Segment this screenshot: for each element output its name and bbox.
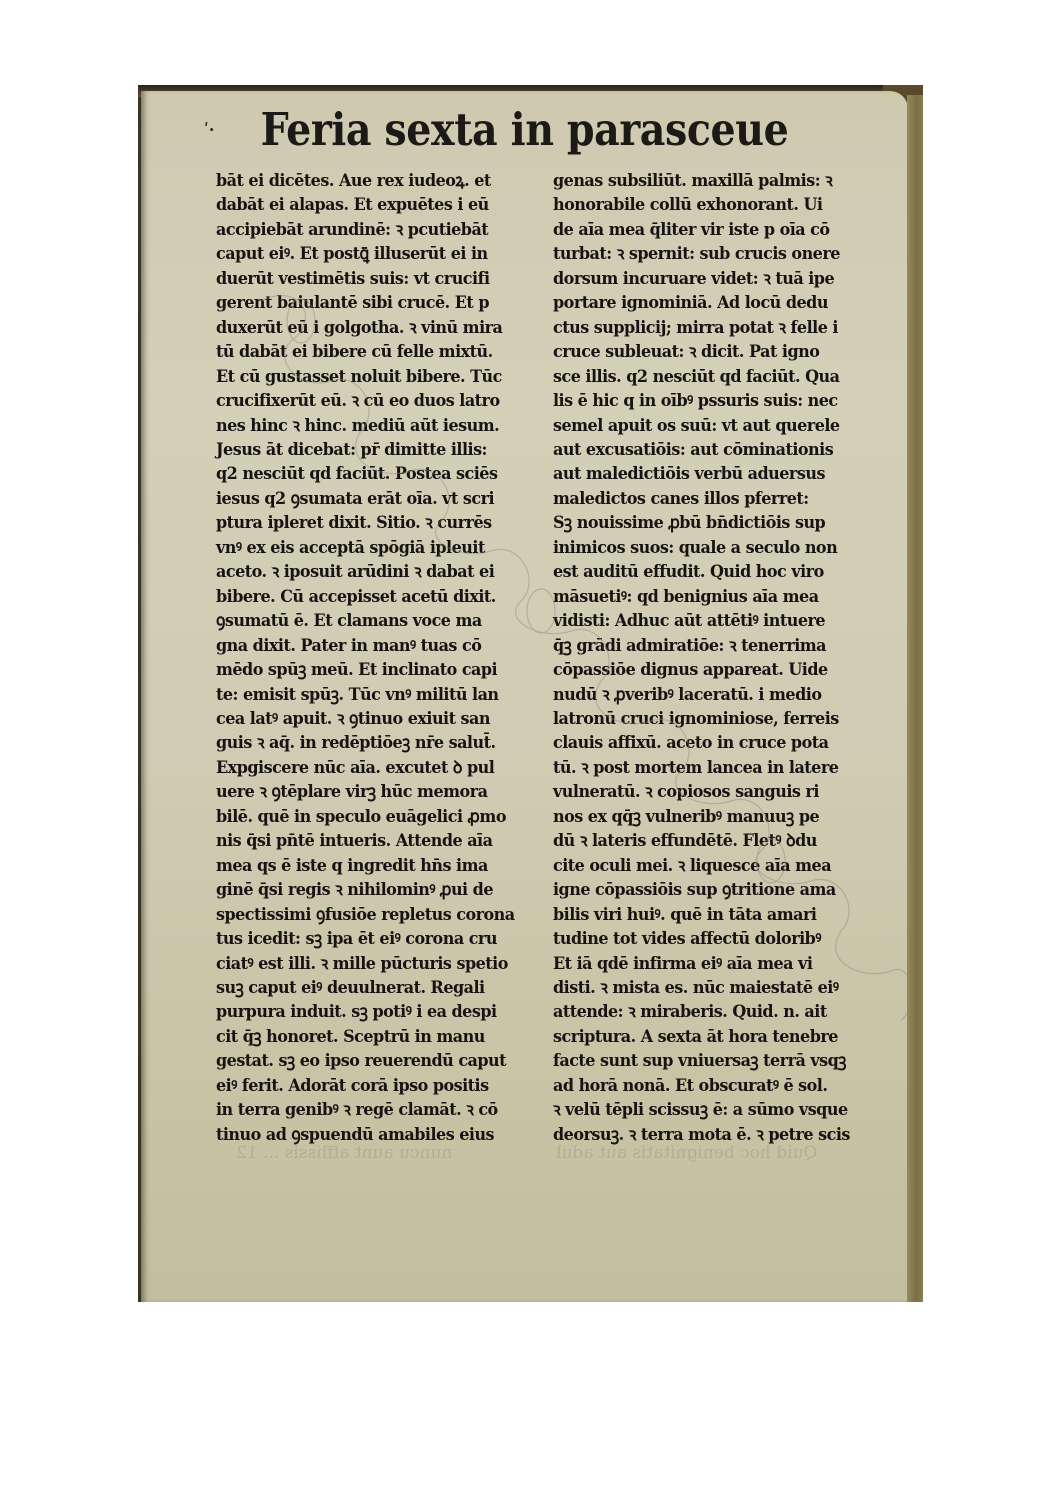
text-line: mēdo spūꝫ meū. Et inclinato capi [216,658,532,682]
text-line: ginē q̄si regis ꝛ nihilominꝰ ꝓui de [216,878,532,902]
text-line: maledictos canes illos pferret: [553,487,869,511]
text-line: caput eiꝰ. Et postꝗ̄ illuserūt ei in [216,242,532,266]
text-line: vnꝰ ex eis acceptā spōgiā ipleuit [216,536,532,560]
text-line: cea latꝰ apuit. ꝛ ꝯtinuo exiuit san [216,707,532,731]
text-line: bilē. quē in speculo euāgelici ꝓmo [216,805,532,829]
text-line: eiꝰ ferit. Adorāt corā ipso positis [216,1074,532,1098]
text-column-right: genas subsiliūt. maxillā palmis: ꝛhonora… [553,169,893,1147]
text-line: tū. ꝛ post mortem lancea in latere [553,756,869,780]
text-line: guis ꝛ aq̄. in redēptiōeꝫ nr̄e salut̄. [216,731,532,755]
text-line: Jesus āt dicebat: pr̄ dimitte illis: [216,438,532,462]
text-line: dabāt ei alapas. Et expuētes i eū [216,193,532,217]
text-line: nes hinc ꝛ hinc. mediū aūt iesum. [216,414,532,438]
text-line: de aīa mea q̄liter vir iste p oīa cō [553,218,869,242]
text-line: gestat. sꝫ eo ipso reuerendū caput [216,1049,532,1073]
text-line: semel apuit os suū: vt aut querele [553,414,869,438]
text-line: cite oculi mei. ꝛ liquesce aīa mea [553,854,869,878]
text-line: facte sunt sup vniuersaꝫ terrā vsqꝫ [553,1049,869,1073]
text-line: vidisti: Adhuc aūt attētiꝰ intuere [553,609,869,633]
paper-page: ʹ· Feria sexta in parasceue bāt ei dicēt… [141,91,908,1302]
text-line: attende: ꝛ miraberis. Quid. n. ait [553,1000,869,1024]
text-line: nudū ꝛ ꝓveribꝰ laceratū. i medio [553,683,869,707]
text-line: tū dabāt ei bibere cū felle mixtū. [216,340,532,364]
text-line: est auditū effudit. Quid hoc viro [553,560,869,584]
text-line: tudine tot vides affectū doloribꝰ [553,927,869,951]
text-line: inimicos suos: quale a seculo non [553,536,869,560]
text-line: scriptura. A sexta āt hora tenebre [553,1025,869,1049]
text-line: cit q̄ꝫ honoret. Sceptrū in manu [216,1025,532,1049]
text-line: te: emisit spūꝫ. Tūc vnꝰ militū lan [216,683,532,707]
text-line: iesus q2 ꝯsumata erāt oīa. vt scri [216,487,532,511]
text-line: bibere. Cū accepisset acetū dixit. [216,585,532,609]
text-line: ad horā nonā. Et obscuratꝰ ē sol. [553,1074,869,1098]
text-line: suꝫ caput eiꝰ deuulnerat. Regali [216,976,532,1000]
text-line: mea qs ē iste q ingredit hn̄s ima [216,854,532,878]
page-scan: ʹ· Feria sexta in parasceue bāt ei dicēt… [138,85,923,1302]
text-line: vulneratū. ꝛ copiosos sanguis ri [553,780,869,804]
text-line: ꝛ velū tēpli scissuꝫ ē: a sūmo vsque [553,1098,869,1122]
text-line: portare ignominiā. Ad locū dedu [553,291,869,315]
text-line: clauis affixū. aceto in cruce pota [553,731,869,755]
text-line: aut excusatiōis: aut cōminationis [553,438,869,462]
page-heading: Feria sexta in parasceue [187,103,862,156]
text-line: sce illis. q2 nesciūt qd faciūt. Qua [553,365,869,389]
text-line: cruce subleuat: ꝛ dicit. Pat igno [553,340,869,364]
text-line: nos ex qq̄ꝫ vulneribꝰ manuuꝫ pe [553,805,869,829]
text-line: q̄ꝫ grādi admiratiōe: ꝛ tenerrima [553,634,869,658]
text-line: nis q̄si pn̄tē intueris. Attende aīa [216,829,532,853]
text-line: turbat: ꝛ spernit: sub crucis onere [553,242,869,266]
text-line: Et iā qdē infirma eiꝰ aīa mea vi [553,952,869,976]
text-line: lis ē hic q in oībꝰ pssuris suis: nec [553,389,869,413]
text-line: tus icedit: sꝫ ipa ēt eiꝰ corona cru [216,927,532,951]
text-line: Et cū gustasset noluit bibere. Tūc [216,365,532,389]
text-line: disti. ꝛ mista es. nūc maiestatē eiꝰ [553,976,869,1000]
text-line: māsuetiꝰ: qd benignius aīa mea [553,585,869,609]
text-line: latronū cruci ignominiose, ferreis [553,707,869,731]
text-line: genas subsiliūt. maxillā palmis: ꝛ [553,169,869,193]
text-line: ctus supplicij; mirra potat ꝛ felle i [553,316,869,340]
text-line: uere ꝛ ꝯtēplare virꝫ hūc memora [216,780,532,804]
text-line: dū ꝛ lateris effundētē. Fletꝰ ꝺdu [553,829,869,853]
text-line: Expgiscere nūc aīa. excutet ꝺ pul [216,756,532,780]
text-line: bilis viri huiꝰ. quē in tāta amari [553,903,869,927]
text-line: ꝯsumatū ē. Et clamans voce ma [216,609,532,633]
text-line: purpura induit. sꝫ potiꝰ i ea despi [216,1000,532,1024]
text-line: honorabile collū exhonorant. Ui [553,193,869,217]
text-line: igne cōpassiōis sup ꝯtritione ama [553,878,869,902]
text-column-left: bāt ei dicētes. Aue rex iudeoꝝ. etdabāt … [216,169,556,1147]
text-line: accipiebāt arundinē: ꝛ pcutiebāt [216,218,532,242]
text-line: in terra genibꝰ ꝛ regē clamāt. ꝛ cō [216,1098,532,1122]
text-line: aut maledictiōis verbū aduersus [553,462,869,486]
show-through-text-right: Quid hoc benignitatis aut adul [556,1143,817,1163]
page-fore-edge [907,95,923,1302]
text-line: q2 nesciūt qd faciūt. Postea sciēs [216,462,532,486]
text-line: bāt ei dicētes. Aue rex iudeoꝝ. et [216,169,532,193]
text-line: dorsum incuruare videt: ꝛ tuā ipe [553,267,869,291]
text-line: duerūt vestimētis suis: vt crucifi [216,267,532,291]
text-line: ciatꝰ est illi. ꝛ mille pūcturis spetio [216,952,532,976]
text-line: gerent baiulantē sibi crucē. Et p [216,291,532,315]
text-line: gna dixit. Pater in manꝰ tuas cō [216,634,532,658]
show-through-text-left: nuncu aunt afflissis ... 12 [236,1143,452,1163]
text-line: spectissimi ꝯfusiōe repletus corona [216,903,532,927]
text-line: cōpassiōe dignus appareat. Uide [553,658,869,682]
text-line: crucifixerūt eū. ꝛ cū eo duos latro [216,389,532,413]
text-line: duxerūt eū i golgotha. ꝛ vinū mira [216,316,532,340]
text-line: aceto. ꝛ iposuit arūdini ꝛ dabat ei [216,560,532,584]
text-line: Sꝫ nouissime ꝓbū bn̄dictiōis sup [553,511,869,535]
text-line: ptura ipleret dixit. Sitio. ꝛ currēs [216,511,532,535]
